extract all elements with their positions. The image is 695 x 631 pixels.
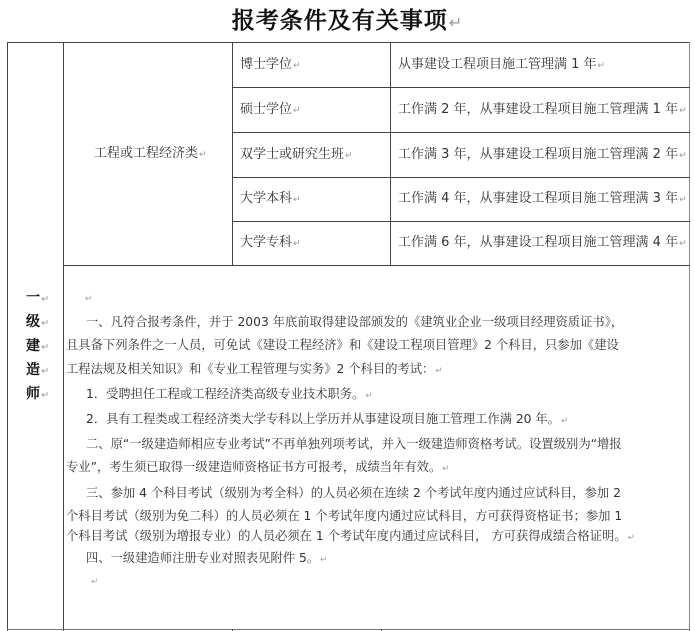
requirement-cell: 工作满 3 年，从事建设工程项目施工管理满 2 年↵ xyxy=(398,147,688,164)
note-2-line-2: 专业”，考生须已取得一级建造师资格证书方可报考，成绩当年有效。↵ xyxy=(66,456,688,481)
row-divider-1 xyxy=(232,87,690,88)
notes-section: ↵ 一、凡符合报考条件，并于 2003 年底前取得建设部颁发的《建筑业企业一级项… xyxy=(66,286,688,591)
category-char: 师↵ xyxy=(26,383,56,407)
category-char: 建↵ xyxy=(26,335,56,359)
return-mark-icon: ↵ xyxy=(293,195,301,205)
requirement-text: 从事建设工程项目施工管理满 1 年 xyxy=(398,57,597,72)
row-divider-2 xyxy=(232,132,690,133)
note-1-line-2: 且具备下列条件之一人员，可免试《建设工程经济》和《建设工程项目管理》2 个科目，… xyxy=(66,334,688,357)
discipline-cell: 工程或工程经济类↵ xyxy=(94,146,207,163)
category-label-vertical: 一↵ 级↵ 建↵ 造↵ 师↵ xyxy=(26,287,56,407)
return-mark-icon: ↵ xyxy=(598,61,606,71)
degree-cell: 双学士或研究生班↵ xyxy=(240,147,353,164)
table-left-border xyxy=(7,42,8,631)
requirement-cell: 工作满 4 年，从事建设工程项目施工管理满 3 年↵ xyxy=(398,191,688,208)
return-mark-icon: ↵ xyxy=(628,533,635,543)
degree-text: 博士学位 xyxy=(240,57,292,72)
return-mark-icon: ↵ xyxy=(345,151,353,161)
return-mark-icon: ↵ xyxy=(365,391,372,401)
note-2-line-1: 二、原“一级建造师相应专业考试”不再单独列项考试，并入一级建造师资格考试。设置级… xyxy=(66,433,688,456)
return-mark-icon: ↵ xyxy=(679,239,687,249)
note-text: 工程法规及相关知识》和《专业工程管理与实务》2 个科目的考试： xyxy=(66,362,434,376)
degree-cell: 大学专科↵ xyxy=(240,235,301,252)
return-mark-icon: ↵ xyxy=(679,195,687,205)
note-text: 1．受聘担任工程或工程经济类高级专业技术职务。 xyxy=(86,387,364,401)
return-mark-icon: ↵ xyxy=(561,416,568,426)
note-3-line-1: 三、参加 4 个科目考试（级别为考全科）的人员必须在连续 2 个考试年度内通过应… xyxy=(66,482,688,505)
note-1-item-1: 1．受聘担任工程或工程经济类高级专业技术职务。↵ xyxy=(66,383,688,408)
return-mark-icon: ↵ xyxy=(91,577,98,587)
degree-cell: 硕士学位↵ xyxy=(240,102,301,119)
empty-paragraph: ↵ xyxy=(66,286,688,311)
return-mark-icon: ↵ xyxy=(679,106,687,116)
table-right-border xyxy=(689,42,690,631)
degree-cell: 博士学位↵ xyxy=(240,57,301,74)
return-mark-icon: ↵ xyxy=(85,294,92,304)
category-char: 造↵ xyxy=(26,359,56,383)
degree-column-divider xyxy=(232,42,233,266)
degree-text: 硕士学位 xyxy=(240,102,292,117)
return-mark-icon: ↵ xyxy=(442,464,449,474)
note-3-line-3: 个科目考试（级别为增报专业）的人员必须在 1 个考试年度内通过应试科目， 方可获… xyxy=(66,528,688,547)
note-text: 四、一级建造师注册专业对照表见附件 5。 xyxy=(86,551,319,565)
return-mark-icon: ↵ xyxy=(435,366,442,376)
note-1-item-2: 2．具有工程类或工程经济类大学专科以上学历并从事建设项目施工管理工作满 20 年… xyxy=(66,408,688,433)
degree-text: 双学士或研究生班 xyxy=(240,147,344,162)
degree-text: 大学本科 xyxy=(240,191,292,206)
return-mark-icon: ↵ xyxy=(679,151,687,161)
return-mark-icon: ↵ xyxy=(293,106,301,116)
note-1-line-3: 工程法规及相关知识》和《专业工程管理与实务》2 个科目的考试：↵ xyxy=(66,358,688,383)
title-text: 报考条件及有关事项 xyxy=(232,7,448,34)
table-bottom-border xyxy=(7,629,690,630)
row-divider-4 xyxy=(232,221,690,222)
empty-paragraph: ↵ xyxy=(66,571,688,591)
return-mark-icon: ↵ xyxy=(320,555,327,565)
note-text: 一、凡符合报考条件，并于 2003 年底前取得建设部颁发的《建筑业企业一级项目经… xyxy=(86,315,623,329)
note-text: 2．具有工程类或工程经济类大学专科以上学历并从事建设项目施工管理工作满 20 年… xyxy=(86,412,560,426)
requirement-text: 工作满 2 年，从事建设工程项目施工管理满 1 年 xyxy=(398,102,678,117)
requirement-cell: 工作满 2 年，从事建设工程项目施工管理满 1 年↵ xyxy=(398,102,688,119)
row-divider-3 xyxy=(232,177,690,178)
discipline-text: 工程或工程经济类 xyxy=(94,146,198,161)
degree-text: 大学专科 xyxy=(240,235,292,250)
note-text: 且具备下列条件之一人员，可免试《建设工程经济》和《建设工程项目管理》2 个科目，… xyxy=(66,338,619,352)
note-text: 三、参加 4 个科目考试（级别为考全科）的人员必须在连续 2 个考试年度内通过应… xyxy=(86,486,621,500)
requirement-cell: 从事建设工程项目施工管理满 1 年↵ xyxy=(398,57,605,74)
note-1-line-1: 一、凡符合报考条件，并于 2003 年底前取得建设部颁发的《建筑业企业一级项目经… xyxy=(66,311,688,334)
note-text: 二、原“一级建造师相应专业考试”不再单独列项考试，并入一级建造师资格考试。设置级… xyxy=(86,437,622,451)
note-text: 个科目考试（级别为增报专业）的人员必须在 1 个考试年度内通过应试科目， 方可获… xyxy=(66,529,627,543)
table-top-border xyxy=(7,42,690,43)
note-3-line-2: 个科目考试（级别为免二科）的人员必须在 1 个考试年度内通过应试科目，方可获得资… xyxy=(66,505,688,528)
return-mark-icon: ↵ xyxy=(449,13,464,32)
degree-cell: 大学本科↵ xyxy=(240,191,301,208)
requirement-text: 工作满 3 年，从事建设工程项目施工管理满 2 年 xyxy=(398,147,678,162)
requirement-text: 工作满 4 年，从事建设工程项目施工管理满 3 年 xyxy=(398,191,678,206)
requirement-cell: 工作满 6 年，从事建设工程项目施工管理满 4 年↵ xyxy=(398,235,688,252)
category-column-divider xyxy=(63,42,64,631)
return-mark-icon: ↵ xyxy=(293,61,301,71)
requirement-column-divider xyxy=(390,42,391,266)
requirement-text: 工作满 6 年，从事建设工程项目施工管理满 4 年 xyxy=(398,235,678,250)
category-char: 一↵ xyxy=(26,287,56,311)
return-mark-icon: ↵ xyxy=(199,150,207,160)
return-mark-icon: ↵ xyxy=(293,239,301,249)
note-text: 专业”，考生须已取得一级建造师资格证书方可报考，成绩当年有效。 xyxy=(66,460,441,474)
section-divider xyxy=(63,265,690,266)
note-text: 个科目考试（级别为免二科）的人员必须在 1 个考试年度内通过应试科目，方可获得资… xyxy=(66,509,622,523)
note-4: 四、一级建造师注册专业对照表见附件 5。↵ xyxy=(66,547,688,571)
category-char: 级↵ xyxy=(26,311,56,335)
document-title: 报考条件及有关事项↵ xyxy=(0,4,695,40)
